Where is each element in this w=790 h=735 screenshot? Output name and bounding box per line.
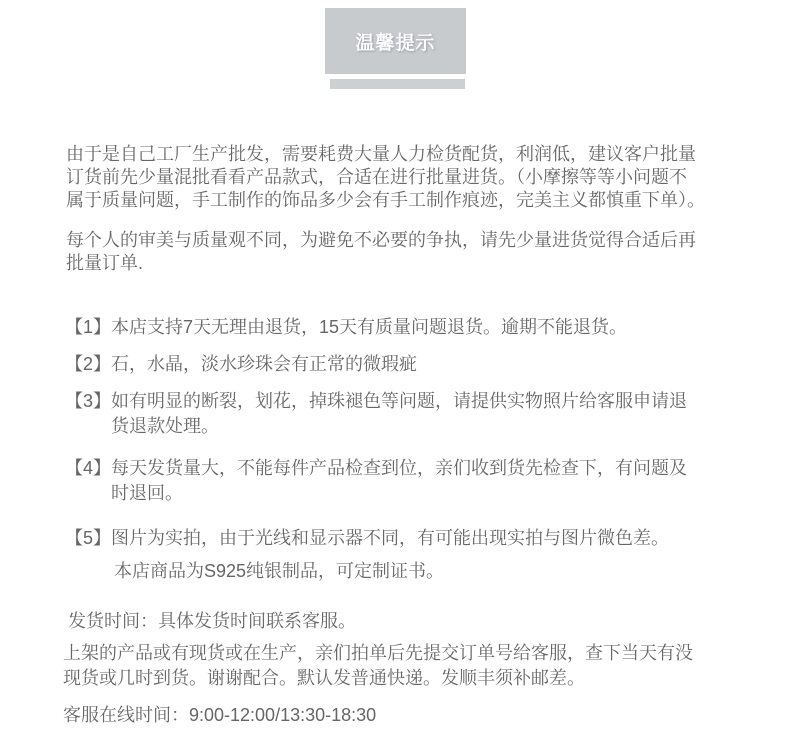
page-title: 温馨提示 [355, 28, 435, 55]
text-line: 时退回。 [111, 481, 687, 506]
text-line: 属于质量问题，手工制作的饰品多少会有手工制作痕迹，完美主义都慎重下单）。 [66, 189, 705, 212]
text-line: 批量订单. [66, 252, 696, 275]
notice-item-5: 【5】 图片为实拍，由于光线和显示器不同，有可能出现实拍与图片微色差。 本店商品… [65, 526, 669, 584]
notice-marker: 【4】 [65, 456, 111, 481]
notice-item-2: 【2】 石，水晶，淡水珍珠会有正常的微瑕疵 [65, 352, 417, 377]
notice-marker: 【3】 [65, 389, 111, 414]
text-line: 石，水晶，淡水珍珠会有正常的微瑕疵 [111, 352, 417, 377]
text-line: 现货或几时到货。谢谢配合。默认发普通快递。发顺丰须补邮差。 [63, 666, 693, 691]
notice-marker: 【1】 [65, 315, 111, 340]
text-line: 图片为实拍，由于光线和显示器不同，有可能出现实拍与图片微色差。 [111, 526, 669, 551]
header-title-box: 温馨提示 [325, 8, 466, 74]
notice-item-4: 【4】 每天发货量大，不能每件产品检查到位，亲们收到货先检查下，有问题及 时退回… [65, 456, 687, 506]
notice-item-3: 【3】 如有明显的断裂，划花，掉珠褪色等问题，请提供实物照片给客服申请退 货退款… [65, 389, 687, 439]
text-line: 订货前先少量混批看看产品款式，合适在进行批量进货。（小摩擦等等小问题不 [66, 166, 705, 189]
header-underline-bar [330, 79, 465, 89]
customer-service-hours: 客服在线时间：9:00-12:00/13:30-18:30 [63, 703, 376, 728]
stock-delivery-note: 上架的产品或有现货或在生产，亲们拍单后先提交订单号给客服，查下当天有没 现货或几… [63, 641, 693, 691]
notice-marker: 【2】 [65, 352, 111, 377]
notice-marker: 【5】 [65, 526, 111, 551]
notice-text: 本店支持7天无理由退货，15天有质量问题退货。逾期不能退货。 [111, 315, 627, 340]
warm-tips-notice-panel: 温馨提示 由于是自己工厂生产批发，需要耗费大量人力检货配货，利润低，建议客户批量… [0, 0, 790, 735]
text-line: 每个人的审美与质量观不同，为避免不必要的争执，请先少量进货觉得合适后再 [66, 229, 696, 252]
text-line: 由于是自己工厂生产批发，需要耗费大量人力检货配货，利润低，建议客户批量 [66, 143, 705, 166]
notice-text: 如有明显的断裂，划花，掉珠褪色等问题，请提供实物照片给客服申请退 货退款处理。 [111, 389, 687, 439]
text-line: 本店支持7天无理由退货，15天有质量问题退货。逾期不能退货。 [111, 315, 627, 340]
text-line: 货退款处理。 [111, 414, 687, 439]
text-line: 如有明显的断裂，划花，掉珠褪色等问题，请提供实物照片给客服申请退 [111, 389, 687, 414]
notice-item-1: 【1】 本店支持7天无理由退货，15天有质量问题退货。逾期不能退货。 [65, 315, 627, 340]
notice-text: 石，水晶，淡水珍珠会有正常的微瑕疵 [111, 352, 417, 377]
notice-text: 图片为实拍，由于光线和显示器不同，有可能出现实拍与图片微色差。 本店商品为S92… [111, 526, 669, 584]
shipping-time-note: 发货时间：具体发货时间联系客服。 [68, 609, 356, 634]
intro-paragraph-quality-view: 每个人的审美与质量观不同，为避免不必要的争执，请先少量进货觉得合适后再 批量订单… [66, 229, 696, 275]
notice-text: 每天发货量大，不能每件产品检查到位，亲们收到货先检查下，有问题及 时退回。 [111, 456, 687, 506]
text-line: 每天发货量大，不能每件产品检查到位，亲们收到货先检查下，有问题及 [111, 456, 687, 481]
text-line: 上架的产品或有现货或在生产，亲们拍单后先提交订单号给客服，查下当天有没 [63, 641, 693, 666]
text-line: 本店商品为S925纯银制品，可定制证书。 [114, 559, 669, 584]
intro-paragraph-wholesale: 由于是自己工厂生产批发，需要耗费大量人力检货配货，利润低，建议客户批量 订货前先… [66, 143, 705, 212]
